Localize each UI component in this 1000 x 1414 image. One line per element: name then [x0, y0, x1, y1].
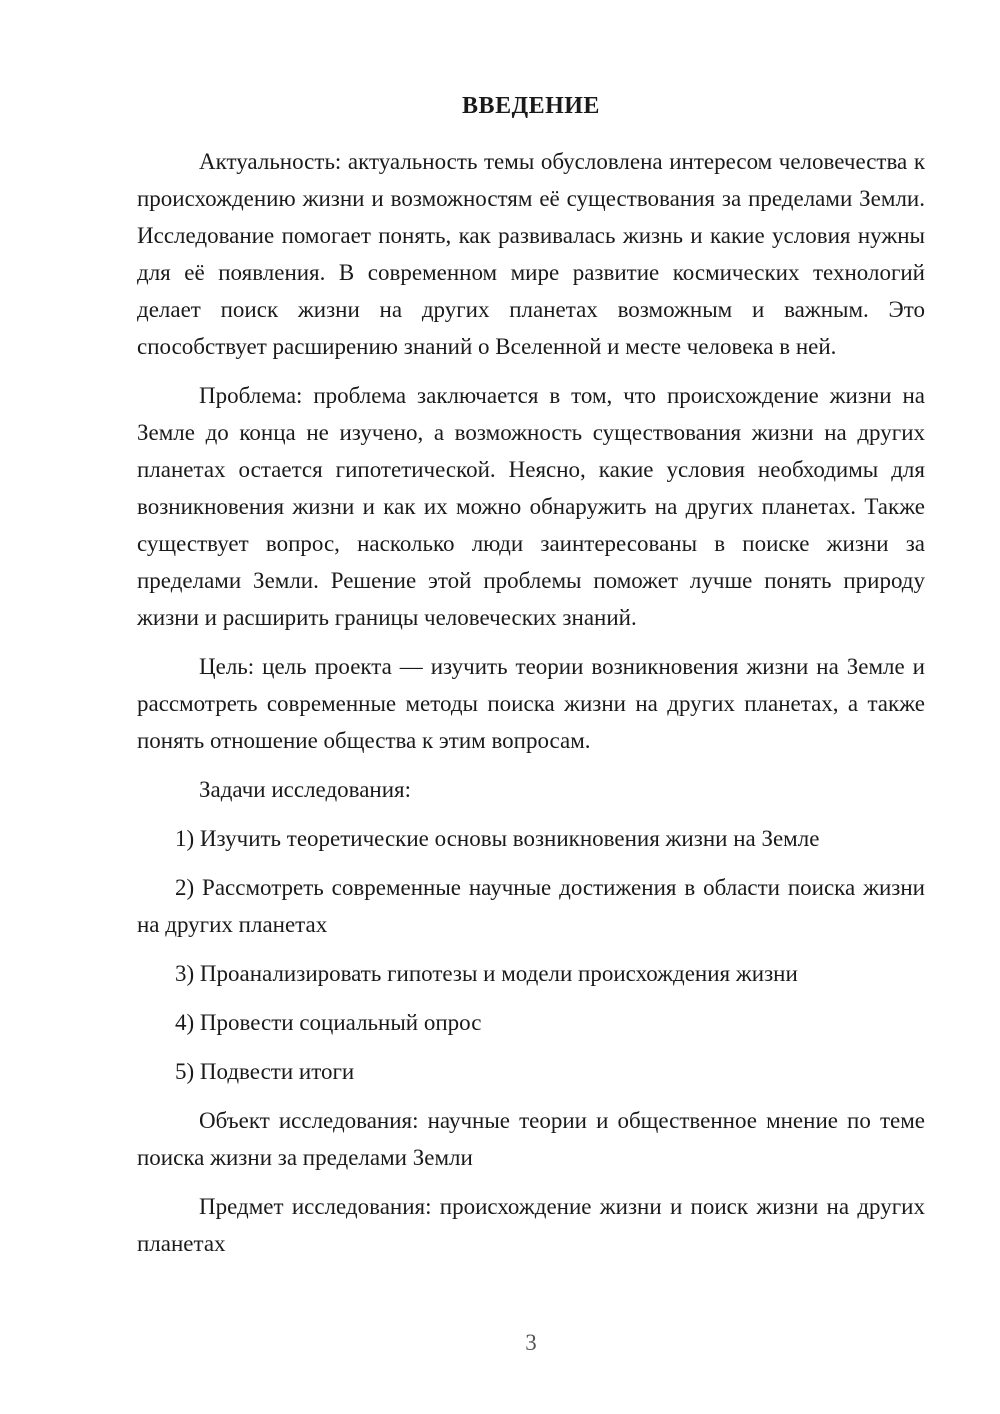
paragraph-object: Объект исследования: научные теории и об… — [137, 1102, 925, 1176]
page-number: 3 — [137, 1328, 925, 1358]
task-item-4: 4) Провести социальный опрос — [137, 1004, 925, 1041]
paragraph-subject: Предмет исследования: происхождение жизн… — [137, 1188, 925, 1262]
page-title: ВВЕДЕНИЕ — [137, 88, 925, 125]
paragraph-relevance: Актуальность: актуальность темы обусловл… — [137, 143, 925, 365]
task-item-2: 2) Рассмотреть современные научные дости… — [137, 869, 925, 943]
paragraph-goal: Цель: цель проекта — изучить теории возн… — [137, 648, 925, 759]
paragraph-problem: Проблема: проблема заключается в том, чт… — [137, 377, 925, 636]
task-item-3: 3) Проанализировать гипотезы и модели пр… — [137, 955, 925, 992]
task-item-1: 1) Изучить теоретические основы возникно… — [137, 820, 925, 857]
page-content: ВВЕДЕНИЕ Актуальность: актуальность темы… — [137, 88, 925, 1274]
task-item-5: 5) Подвести итоги — [137, 1053, 925, 1090]
tasks-heading: Задачи исследования: — [137, 771, 925, 808]
document-page: ВВЕДЕНИЕ Актуальность: актуальность темы… — [0, 0, 1000, 1414]
